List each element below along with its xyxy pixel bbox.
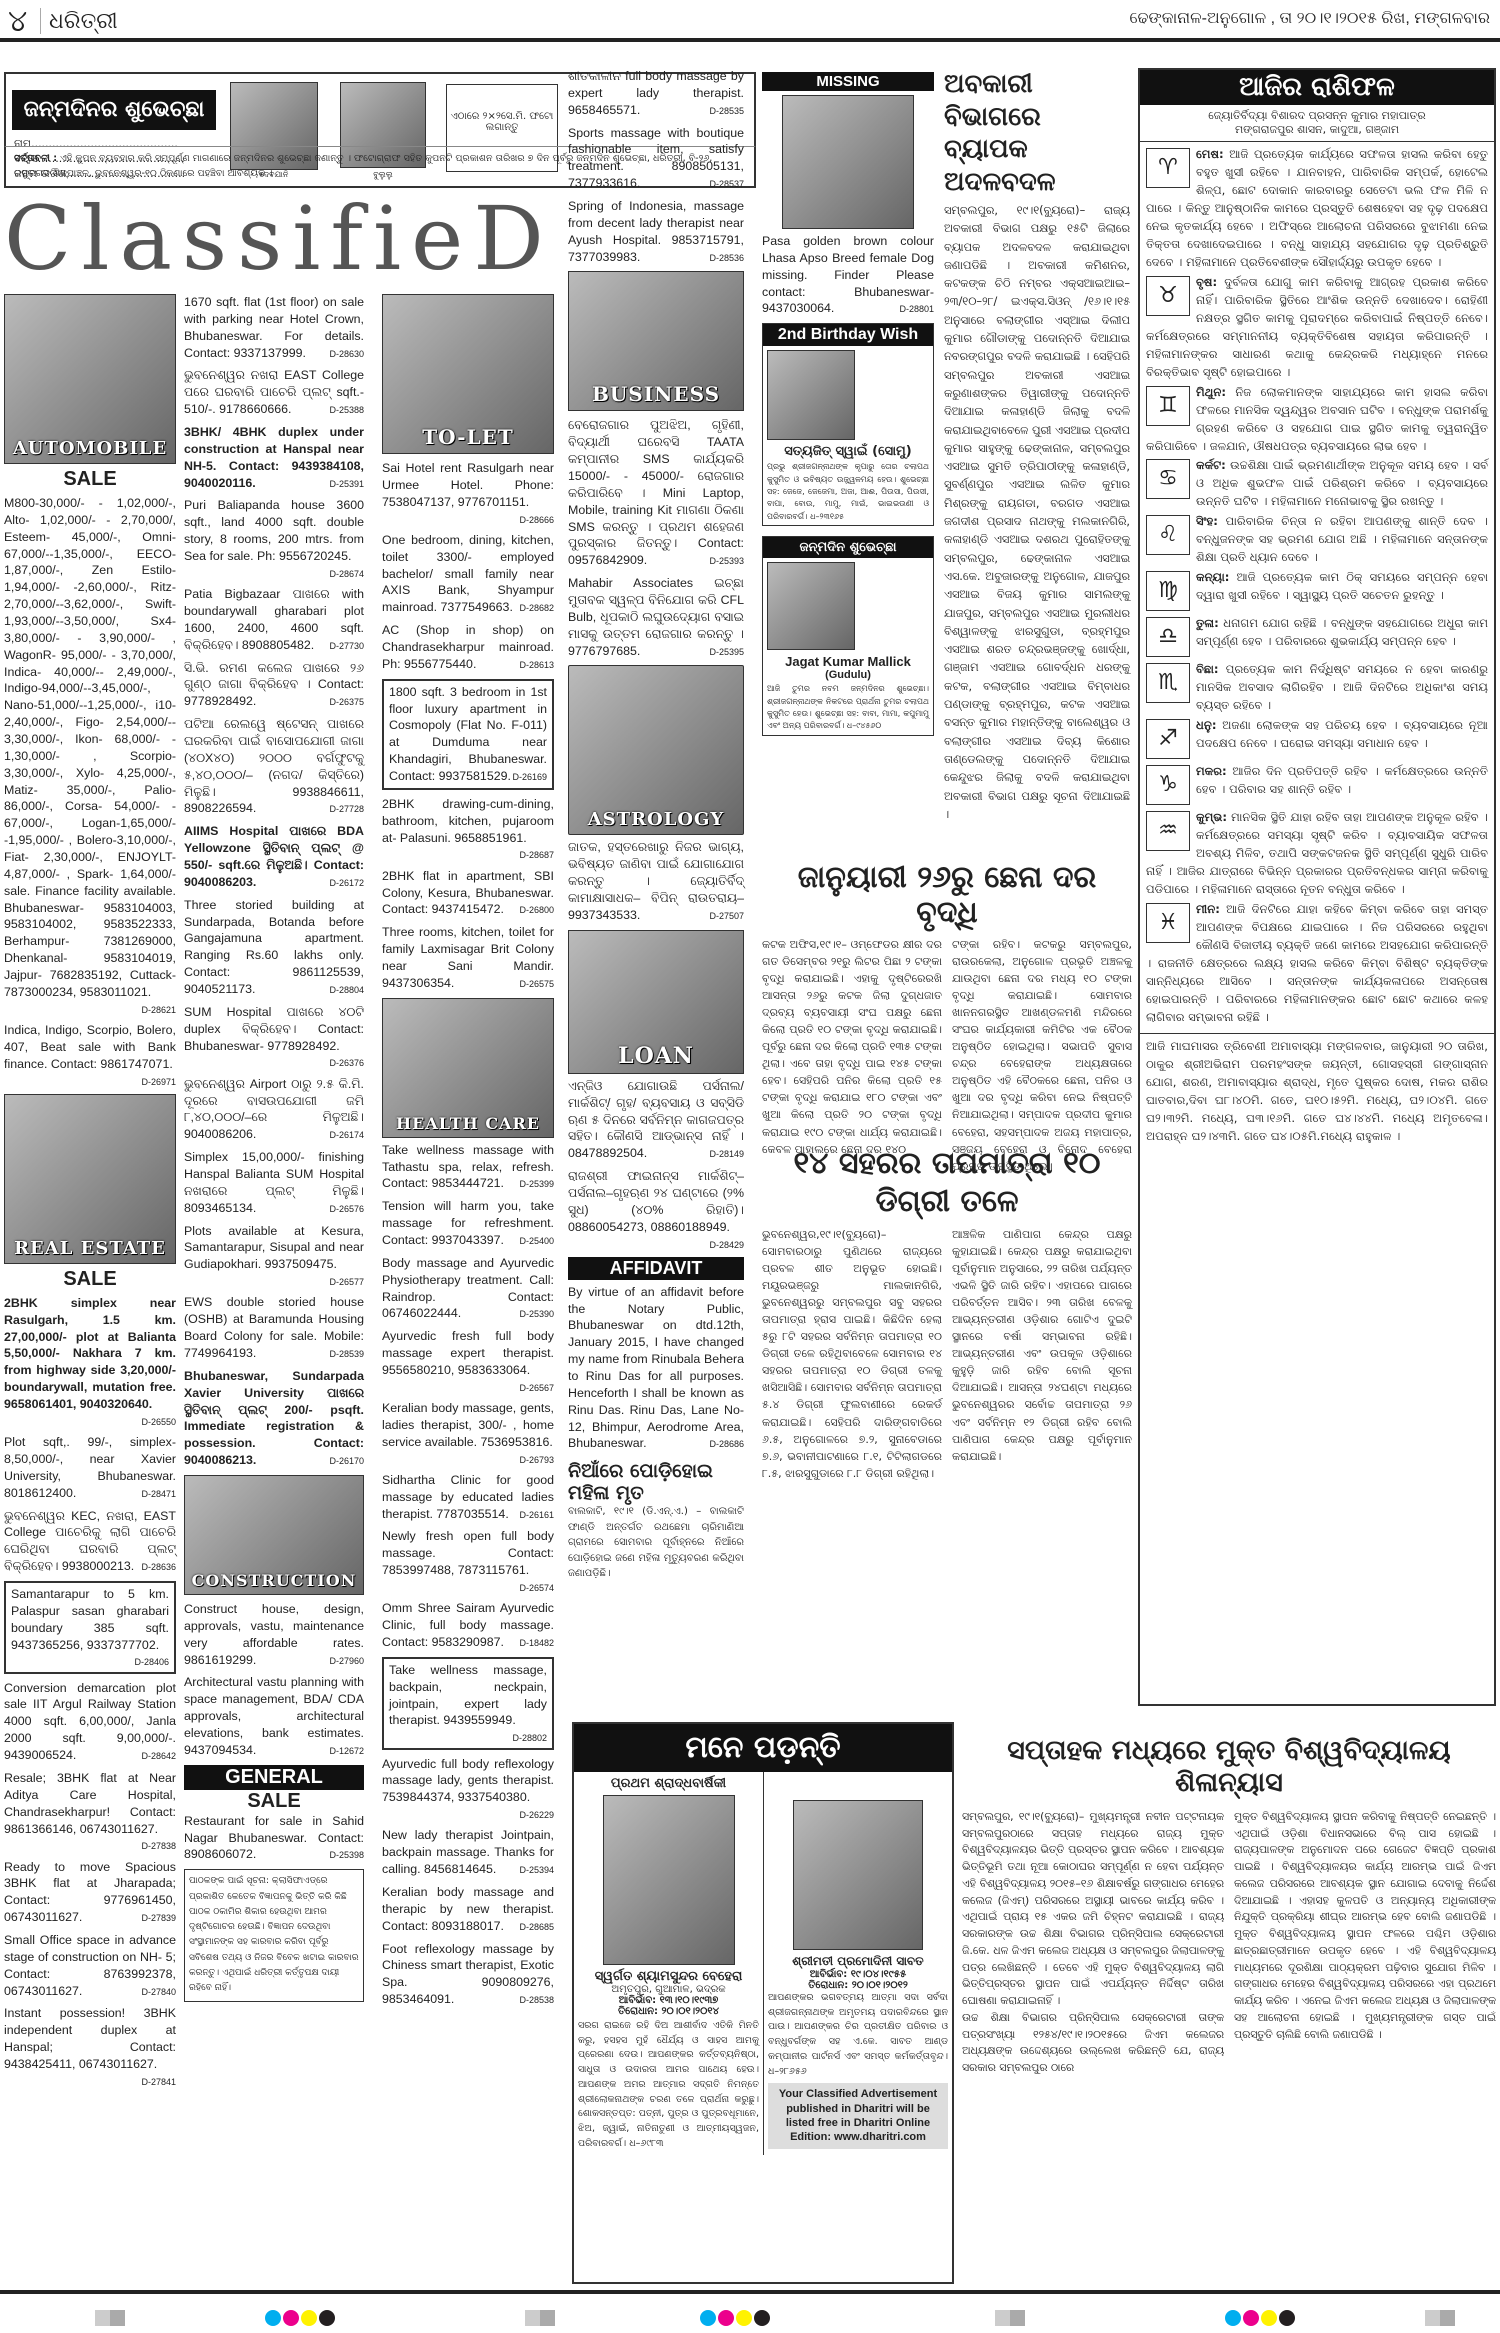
article-excise-headline: ଅବକାରୀ ବିଭାଗରେ ବ୍ୟାପକ ଅଦଳବଦଳ <box>944 68 1130 198</box>
terms-label: ସର୍ତ୍ତାବଳୀ : <box>14 153 57 164</box>
rashi-entry: ♉ବୃଷ: ଦୁର୍ବଳତା ଯୋଗୁ କାମ କରିବାକୁ ଆଗ୍ରହ ପ୍… <box>1146 274 1488 382</box>
zodiac-icon: ♈ <box>1146 148 1190 188</box>
coupon-title: ଜନ୍ମଦିନର ଶୁଭେଚ୍ଛା <box>12 90 216 130</box>
registration-mark <box>95 2310 125 2326</box>
rashi-name: ମୀନ: <box>1196 902 1220 916</box>
birthday-heading: ଜନ୍ମଦିନ ଶୁଭେଚ୍ଛା <box>763 537 933 558</box>
classified-ad: Sai Hotel rent Rasulgarh near Urmee Hote… <box>382 460 554 526</box>
business-image: BUSINESS <box>568 271 744 411</box>
article-chhena-headline: ଜାନୁୟାରୀ ୨୬ରୁ ଛେନା ଦର ବୃଦ୍ଧି <box>762 860 1132 930</box>
notices-column: MISSING Pasa golden brown colour Lhasa A… <box>762 72 934 736</box>
memoriam-banner: ମନେ ପଡ଼ନ୍ତି <box>574 1724 952 1772</box>
astrologer-name: ଜ୍ୟୋତିର୍ବିଦ୍ୟା ବିଶାରଦ ପ୍ରସନ୍ନ କୁମାର ମହାପ… <box>1144 109 1490 123</box>
classified-ad: Instant possession! 3BHK independent dup… <box>4 2005 176 2088</box>
classified-ad: Take wellness massage, backpain, neckpai… <box>382 1657 554 1750</box>
rashi-entry: ♋କର୍କଟ: ଉଚ୍ଚଶିକ୍ଷା ପାଇଁ ଭ୍ରମଣାର୍ଥୀଙ୍କ ଅନ… <box>1146 457 1488 511</box>
registration-mark-3 <box>995 2310 1025 2326</box>
online-promo: Your Classified Advertisement published … <box>768 2083 948 2148</box>
jagat-photo <box>767 562 855 650</box>
real-estate-label: REAL ESTATE <box>5 1238 175 1259</box>
classified-ad: 2BHK drawing-cum-dining, bathroom, kitch… <box>382 796 554 862</box>
col4: ଶୀତକାଳୀନ full body massage by expert lad… <box>568 68 744 1582</box>
birthday-wish-heading: 2nd Birthday Wish <box>763 324 933 346</box>
astrology-image: ASTROLOGY <box>568 665 744 835</box>
footer-rule <box>0 2290 1500 2294</box>
classified-ad: ପଟିଆ ରେଲୱେ ଷ୍ଟେସନ୍ ପାଖରେ ଘରକରିବା ପାଇଁ ବା… <box>184 716 364 817</box>
rashi-name: ମେଷ: <box>1196 147 1224 161</box>
classified-ad: Foot reflexology massage by Chiness smar… <box>382 1941 554 2008</box>
classified-ad: ଜାତକ, ହସ୍ତରେଖାରୁ ନିଜର ଭାଗ୍ୟ, ଭବିଷ୍ୟତ ଜାଣ… <box>568 839 744 923</box>
page-number: ୪ <box>8 4 27 39</box>
memoriam-photo-1 <box>603 1795 735 1965</box>
classified-ad: Samantarapur to 5 km. Palaspur sasan gha… <box>4 1581 176 1674</box>
rashi-entry: ♓ମୀନ: ଆଜି ଦିନଟିରେ ଯାହା କହିବେ କିମ୍ବା କରିବ… <box>1146 901 1488 1027</box>
classified-ad: ଭୁବନେଶ୍ୱର ନଖରା EAST College ପରେ ଘରବାରି ପ… <box>184 367 364 418</box>
classified-ad: Construct house, design, approvals, vast… <box>184 1601 364 1668</box>
classified-ad: 3BHK/ 4BHK duplex under construction at … <box>184 424 364 491</box>
col3: TO-LET Sai Hotel rent Rasulgarh near Urm… <box>382 294 554 2014</box>
classified-ad: Keralian body massage and therapic by ne… <box>382 1884 554 1935</box>
article-excise: ଅବକାରୀ ବିଭାଗରେ ବ୍ୟାପକ ଅଦଳବଦଳ ସମ୍ବଲପୁର, ୧… <box>944 68 1130 824</box>
classified-ad: AIIMS Hospital ପାଖରେ BDA Yellowzone ସ୍ଥି… <box>184 823 364 890</box>
healthcare-label: HEALTH CARE <box>383 1114 553 1133</box>
classified-ad: AC (Shop in shop) on Chandrasekharpur ma… <box>382 622 554 673</box>
birthday-wish-box-2: ଜନ୍ମଦିନ ଶୁଭେଚ୍ଛା Jagat Kumar Mallick (Gu… <box>762 536 934 736</box>
jagat-nick: (Gudulu) <box>763 669 933 681</box>
classified-ad: ଏନ୍‌ଜିଓ ଯୋଗାଉଛି ପର୍ସନାଲ/ ମାର୍କଶିଟ୍/ ଗୃହ/… <box>568 1078 744 1162</box>
construction-label: CONSTRUCTION <box>185 1571 363 1590</box>
classified-ad: EWS double storied house (OSHB) at Baram… <box>184 1294 364 1361</box>
classified-ad: One bedroom, dining, kitchen, toilet 330… <box>382 532 554 616</box>
sale-heading-3: SALE <box>184 1790 364 1813</box>
memoriam-right: ଶ୍ରୀମତୀ ପ୍ରମୋଦିନୀ ସାବତ ଆବିର୍ଭାବ: ୧୯।୦୪।୧… <box>764 1772 952 2155</box>
classified-ad: Patia Bigbazaar ପାଖରେ with boundarywall … <box>184 586 364 653</box>
ad-automobile-2: Indica, Indigo, Scorpio, Bolero, 407, Be… <box>4 1022 176 1088</box>
classified-ad: Ayurvedic fresh full body massage expert… <box>382 1328 554 1394</box>
classified-ad: Small Office space in advance stage of c… <box>4 1932 176 1999</box>
classified-ad: Architectural vastu planning with space … <box>184 1674 364 1758</box>
classified-ad: 2BHK flat in apartment, SBI Colony, Kesu… <box>382 868 554 919</box>
loan-label: LOAN <box>569 1043 743 1069</box>
rashi-name: କୁମ୍ଭ: <box>1196 810 1227 824</box>
rashi-name: ତୁଳା: <box>1196 616 1219 630</box>
page-header: ୪ ଧରିତ୍ରୀ ଢେଙ୍କାନାଳ-ଅନୁଗୋଳ , ତା ୨୦।୧।୨୦୧… <box>0 0 1500 40</box>
ad-automobile: M800-30,000/- - 1,02,000/-, Alto- 1,02,0… <box>4 495 176 1016</box>
classified-ad: 2BHK simplex near Rasulgarh, 1.5 km. 27,… <box>4 1295 176 1428</box>
zodiac-icon: ♓ <box>1146 903 1190 943</box>
rashi-name: ବୃଷ: <box>1196 275 1217 289</box>
birthday-wish-box: 2nd Birthday Wish ସତ୍ୟଜିତ୍ ସ୍ୱାଇଁ (ସୋମୁ)… <box>762 323 934 526</box>
rashi-entry: ♊ମିଥୁନ: ନିଜ ଲୋକମାନଙ୍କ ସାହାଯ୍ୟରେ କାମ ହାସଲ… <box>1146 384 1488 456</box>
article-temperature-headline: ୧୪ ସହରର ତାପମାତ୍ରା ୧୦ ଡିଗ୍ରୀ ତଳେ <box>762 1145 1132 1220</box>
classified-ad: Simplex 15,00,000/- finishing Hanspal Ba… <box>184 1149 364 1216</box>
rashi-name: କର୍କଟ: <box>1196 458 1226 472</box>
classified-ad: Mahabir Associates ଇଚ୍ଛା ମୁତାବକ ସ୍ୱଳ୍ପ ବ… <box>568 575 744 659</box>
col2: 1670 sqft. flat (1st floor) on sale with… <box>184 294 364 2002</box>
loan-image: LOAN <box>568 930 744 1074</box>
ad-restaurant: Restaurant for sale in Sahid Nagar Bhuba… <box>184 1813 364 1864</box>
astrologer-place: ମଙ୍ଗରାଜପୁର ଶାସନ, କାଦୁଆ, ଗଞ୍ଜାମ <box>1144 123 1490 137</box>
affidavit-heading: AFFIDAVIT <box>568 1257 744 1280</box>
memoriam-box: ମନେ ପଡ଼ନ୍ତି ପ୍ରଥମ ଶ୍ରାଦ୍ଧବାର୍ଷିକୀ ସ୍ୱର୍ଗ… <box>572 1722 954 2284</box>
horoscope-box: ଆଜିର ରାଶିଫଳ ଜ୍ୟୋତିର୍ବିଦ୍ୟା ବିଶାରଦ ପ୍ରସନ୍… <box>1138 68 1496 1706</box>
rashi-entry: ♎ତୁଳା: ଧନାଗମ ଯୋଗ ରହିଛି । ବନ୍ଧୁଙ୍କ ସହଯୋଗର… <box>1146 615 1488 659</box>
classified-ad: 1670 sqft. flat (1st floor) on sale with… <box>184 294 364 361</box>
classified-ad: Three rooms, kitchen, toilet for family … <box>382 924 554 991</box>
classified-ad: Tension will harm you, take massage for … <box>382 1198 554 1249</box>
rashi-name: ଧନୁ: <box>1196 718 1216 732</box>
classified-ad: New lady therapist Jointpain, backpain m… <box>382 1827 554 1878</box>
classified-ad: ଭୁବନେଶ୍ୱର KEC, ନଖରା, EAST College ପାଚେରି… <box>4 1508 176 1575</box>
classified-ad: Puri Baliapanda house 3600 sqft., land 4… <box>184 497 364 580</box>
classified-ad: Ready to move Spacious 3BHK flat at Jhar… <box>4 1859 176 1926</box>
classified-ad: Omm Shree Sairam Ayurvedic Clinic, full … <box>382 1600 554 1651</box>
classified-ad: Sidhartha Clinic for good massage by edu… <box>382 1472 554 1523</box>
tolet-image: TO-LET <box>382 294 554 454</box>
general-heading: GENERAL <box>184 1765 364 1790</box>
real-estate-image: REAL ESTATE <box>4 1094 176 1264</box>
cmyk-mark <box>265 2310 335 2326</box>
classified-ad: Ayurvedic full body reflexology massage … <box>382 1756 554 1822</box>
tolet-label: TO-LET <box>383 425 553 449</box>
classified-ad: Sports massage with boutique fashionable… <box>568 125 744 192</box>
zodiac-icon: ♏ <box>1146 663 1190 703</box>
col1: AUTOMOBILE SALE M800-30,000/- - 1,02,000… <box>4 294 176 2094</box>
col1-ads: 2BHK simplex near Rasulgarh, 1.5 km. 27,… <box>4 1295 176 2088</box>
child-photo <box>767 350 855 440</box>
zodiac-icon: ♊ <box>1146 386 1190 426</box>
news-body: ବାଲକାଟି, ୧୯।୧ (ଡି.ଏନ୍.ଏ.) – ବାଲକାଟି ଫାଣ୍… <box>568 1504 744 1582</box>
rashi-entry: ♑ମକର: ଆଜିର ଦିନ ପ୍ରତିପତ୍ତି ରହିବ । କର୍ମକ୍ଷ… <box>1146 763 1488 807</box>
article-university: ସପ୍ତାହକ ମଧ୍ୟରେ ମୁକ୍ତ ବିଶ୍ୱବିଦ୍ୟାଳୟ ଶିଳାନ… <box>962 1735 1496 2077</box>
classified-ad: Body massage and Ayurvedic Physiotherapy… <box>382 1255 554 1322</box>
missing-text: Pasa golden brown colour Lhasa Apso Bree… <box>762 233 934 317</box>
healthcare-image: HEALTH CARE <box>382 998 554 1138</box>
classified-ad: 1800 sqft. 3 bedroom in 1st floor luxury… <box>382 679 554 790</box>
article-temperature: ୧୪ ସହରର ତାପମାତ୍ରା ୧୦ ଡିଗ୍ରୀ ତଳେ ଭୁବନେଶ୍ୱ… <box>762 1145 1132 1482</box>
sale-heading-2: SALE <box>4 1268 176 1291</box>
classified-ad: Three storied building at Sundarpada, Bo… <box>184 897 364 998</box>
zodiac-icon: ♎ <box>1146 617 1190 657</box>
classified-ad: Plots available at Kesura, Samantarapur,… <box>184 1223 364 1289</box>
rashi-name: ମିଥୁନ: <box>1196 385 1226 399</box>
panjika: ଆଜି ମାଘମାସର ତ୍ରିବେଣୀ ଅମାବାସ୍ୟା ମଙ୍ଗଳବାର,… <box>1140 1033 1494 1150</box>
rashi-entry: ♏ବିଛା: ପ୍ରତ୍ୟେକ କାମ ନିର୍ଦ୍ଧିଷ୍ଟ ସମୟରେ ନ … <box>1146 661 1488 715</box>
rashi-entry: ♌ସିଂହ: ପାରିବାରିକ ଚିନ୍ତା ନ ରହିବା ଆପଣଙ୍କୁ … <box>1146 513 1488 567</box>
memoriam-photo-2 <box>793 1800 923 1950</box>
rashi-entry: ♈ମେଷ: ଆଜି ପ୍ରତ୍ୟେକ କାର୍ଯ୍ୟରେ ସଫଳତା ହାସଲ … <box>1146 146 1488 272</box>
horoscope-title: ଆଜିର ରାଶିଫଳ <box>1140 70 1494 105</box>
registration-mark-2 <box>525 2310 555 2326</box>
missing-heading: MISSING <box>762 72 934 91</box>
business-label: BUSINESS <box>569 382 743 406</box>
cmyk-mark-3 <box>1225 2310 1295 2326</box>
edition-date: ଢେଙ୍କାନାଳ-ଅନୁଗୋଳ , ତା ୨୦।୧।୨୦୧୫ ରିଖ, ମଙ୍… <box>1129 10 1490 28</box>
classified-ad: Spring of Indonesia, massage from decent… <box>568 198 744 265</box>
zodiac-icon: ♋ <box>1146 459 1190 499</box>
zodiac-icon: ♍ <box>1146 571 1190 611</box>
zodiac-icon: ♐ <box>1146 719 1190 759</box>
classified-ad: Conversion demarcation plot sale IIT Arg… <box>4 1680 176 1764</box>
classified-ad: Take wellness massage with Tathastu spa,… <box>382 1142 554 1193</box>
rashi-name: ସିଂହ: <box>1196 514 1218 528</box>
automobile-image: AUTOMOBILE <box>4 294 176 464</box>
reader-notice: ପାଠକଙ୍କ ପାଇଁ ସୂଚନା: କ୍ଲାସିଫାଏଡ୍‌ରେ ପ୍ରକା… <box>184 1869 364 2001</box>
zodiac-icon: ♒ <box>1146 811 1190 851</box>
zodiac-icon: ♌ <box>1146 515 1190 555</box>
article-university-headline: ସପ୍ତାହକ ମଧ୍ୟରେ ମୁକ୍ତ ବିଶ୍ୱବିଦ୍ୟାଳୟ ଶିଳାନ… <box>962 1735 1496 1799</box>
header-rule <box>0 38 1500 42</box>
affidavit-text: By virtue of an affidavit before the Not… <box>568 1284 744 1453</box>
article-chhena: ଜାନୁୟାରୀ ୨୬ରୁ ଛେନା ଦର ବୃଦ୍ଧି କଟକ ଅଫିସ,୧୯… <box>762 860 1132 1175</box>
classified-ad: Resale; 3BHK flat at Near Aditya Care Ho… <box>4 1770 176 1853</box>
classified-ad: ବେରୋଜଗାର ପୁଅଝିଅ, ଗୃହିଣୀ, ବିଦ୍ୟାର୍ଥୀ ଘରେବ… <box>568 417 744 569</box>
child-name: ସତ୍ୟଜିତ୍ ସ୍ୱାଇଁ (ସୋମୁ) <box>763 444 933 459</box>
astrology-label: ASTROLOGY <box>569 809 743 830</box>
classified-ad: ସି.ଭି. ରମଣ କଲେଜ ପାଖରେ ୨୬ ଗୁଣ୍ଠ ଜାଗା ବିକ୍… <box>184 660 364 711</box>
construction-image: CONSTRUCTION <box>184 1475 364 1595</box>
news-headline: ନିଆଁରେ ପୋଡ଼ିହୋଇ ମହିଳା ମୃତ <box>568 1460 744 1504</box>
paper-name: ଧରିତ୍ରୀ <box>40 8 118 34</box>
zodiac-icon: ♉ <box>1146 276 1190 316</box>
rashi-name: ମକର: <box>1196 764 1227 778</box>
rashi-name: କନ୍ୟା: <box>1196 570 1229 584</box>
article-excise-body: ସମ୍ବଲପୁର, ୧୯।୧(ବ୍ୟୁରୋ)– ରାଜ୍ୟ ଅବକାରୀ ବିଭ… <box>944 202 1130 824</box>
rashi-entry: ♍କନ୍ୟା: ଆଜି ପ୍ରତ୍ୟେକ କାମ ଠିକ୍ ସମୟରେ ସମ୍ପ… <box>1146 569 1488 613</box>
automobile-label: AUTOMOBILE <box>5 438 175 459</box>
rashi-entry: ♐ଧନୁ: ଅଜଣା ଲୋକଙ୍କ ସହ ପରିଚୟ ହେବ । ବ୍ୟବସାୟ… <box>1146 717 1488 761</box>
cmyk-mark-2 <box>700 2310 770 2326</box>
classified-ad: SUM Hospital ପାଖରେ ୪୦ଟି duplex ବିକ୍ରିହେବ… <box>184 1004 364 1070</box>
zodiac-icon: ♑ <box>1146 765 1190 805</box>
jagat-name: Jagat Kumar Mallick <box>763 654 933 669</box>
rashi-name: ବିଛା: <box>1196 662 1219 676</box>
classified-ad: Plot sqft,. 99/-, simplex- 8,50,000/-, n… <box>4 1434 176 1501</box>
memoriam-left: ପ୍ରଥମ ଶ୍ରାଦ୍ଧବାର୍ଷିକୀ ସ୍ୱର୍ଗତ ଶ୍ୟାମସୁନ୍ଦ… <box>574 1772 764 2155</box>
classified-ad: ଭୁବନେଶ୍ୱର Airport ଠାରୁ ୨.୫ କି.ମି. ଦୂରରେ … <box>184 1076 364 1143</box>
rashi-entry: ♒କୁମ୍ଭ: ମାନସିକ ସ୍ଥିତି ଯାହା ରହିବ ତାହା ଆପଣ… <box>1146 809 1488 899</box>
classified-ad: ଶୀତକାଳୀନ full body massage by expert lad… <box>568 68 744 119</box>
classified-ad: Keralian body massage, gents, ladies the… <box>382 1400 554 1466</box>
classified-ad: Bhubaneswar, Sundarpada Xavier Universit… <box>184 1368 364 1469</box>
missing-dog-photo <box>782 95 914 229</box>
classified-ad: Newly fresh open full body massage. Cont… <box>382 1528 554 1594</box>
sale-heading: SALE <box>4 468 176 491</box>
classified-ad: ରାଜଶ୍ରୀ ଫାଇନାନ୍ସ ମାର୍କଶିଟ୍– ପର୍ସନାଲ–ଗୃହଋ… <box>568 1168 744 1251</box>
registration-mark-4 <box>1425 2310 1455 2326</box>
